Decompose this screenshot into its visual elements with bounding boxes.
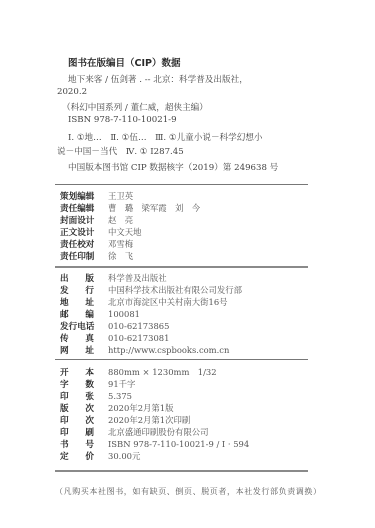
value: 010-62173081 — [108, 333, 169, 343]
label: 封面设计 — [60, 214, 108, 226]
divider-4 — [55, 470, 308, 472]
label: 责任编辑 — [60, 202, 108, 214]
value: 5.375 — [108, 391, 132, 401]
label: 定价 — [60, 450, 94, 462]
label: 出版 — [60, 272, 94, 284]
value: 30.00元 — [108, 450, 140, 462]
label: 传真 — [60, 332, 94, 344]
label: 发行 — [60, 284, 94, 296]
spec-row: 版次 2020年2月第1版 — [60, 402, 173, 414]
cip-record-number: 中国版本图书馆 CIP 数据核字（2019）第 249638 号 — [68, 161, 278, 173]
value: 曹 璐 梁军霞 刘 今 — [108, 202, 200, 214]
publisher-row: 发行 中国科学技术出版社有限公司发行部 — [60, 284, 242, 296]
editorial-row: 责任校对 邓雪梅 — [60, 238, 133, 250]
label: 印次 — [60, 414, 94, 426]
label: 版次 — [60, 402, 94, 414]
label: 开本 — [60, 366, 94, 378]
website-value: http://www.cspbooks.com.cn — [108, 345, 229, 355]
replacement-notice: （凡购买本社图书，如有缺页、倒页、脱页者，本社发行部负责调换） — [55, 486, 322, 497]
value: ISBN 978-7-110-10021-9 / I · 594 — [108, 439, 249, 449]
publisher-row: 地址 北京市海淀区中关村南大街16号 — [60, 296, 228, 308]
value: 科学普及出版社 — [108, 272, 167, 284]
divider-3 — [55, 359, 308, 360]
cip-title: 图书在版编目（CIP）数据 — [68, 55, 180, 69]
label: 责任印制 — [60, 250, 108, 262]
spec-row: 印张 5.375 — [60, 390, 132, 402]
label: 印刷 — [60, 426, 94, 438]
spec-row: 开本 880mm × 1230mm 1/32 — [60, 366, 217, 378]
value: 880mm × 1230mm 1/32 — [108, 366, 217, 378]
label: 字数 — [60, 378, 94, 390]
label: 地址 — [60, 296, 94, 308]
cip-isbn: ISBN 978-7-110-10021-9 — [68, 115, 177, 125]
value: 王卫英 — [108, 190, 133, 202]
publisher-row: 网址 http://www.cspbooks.com.cn — [60, 344, 229, 356]
value: 赵 亮 — [108, 214, 133, 226]
cip-classification-1: Ⅰ. ①地… Ⅱ. ①伍… Ⅲ. ①儿童小说－科学幻想小 — [68, 131, 263, 143]
copyright-page: 图书在版编目（CIP）数据 地下来客 / 伍剑著 . -- 北京：科学普及出版社… — [0, 0, 375, 528]
label: 书号 — [60, 438, 94, 450]
value: 2020年2月第1版 — [108, 402, 173, 414]
value: 北京市海淀区中关村南大街16号 — [108, 296, 228, 308]
value: 100081 — [108, 309, 140, 319]
editorial-row: 责任印制 徐 飞 — [60, 250, 133, 262]
value: 中国科学技术出版社有限公司发行部 — [108, 284, 242, 296]
value: 91千字 — [108, 378, 135, 390]
value: 2020年2月第1次印刷 — [108, 414, 190, 426]
spec-row: 定价 30.00元 — [60, 450, 140, 462]
spec-row: 字数 91千字 — [60, 378, 135, 390]
publisher-row: 传真 010-62173081 — [60, 332, 169, 344]
divider-1 — [55, 184, 308, 185]
spec-row: 印次 2020年2月第1次印刷 — [60, 414, 190, 426]
label: 印张 — [60, 390, 94, 402]
editorial-row: 策划编辑 王卫英 — [60, 190, 133, 202]
publisher-row: 出版 科学普及出版社 — [60, 272, 167, 284]
value: 徐 飞 — [108, 250, 133, 262]
label: 网址 — [60, 344, 94, 356]
cip-line-3: （科幻中国系列 / 董仁威，超侠主编） — [62, 101, 208, 113]
value: 010-62173865 — [108, 321, 169, 331]
spec-row: 书号 ISBN 978-7-110-10021-9 / I · 594 — [60, 438, 249, 450]
cip-classification-2: 说－中国－当代 Ⅳ. ① I287.45 — [57, 145, 184, 157]
label: 责任校对 — [60, 238, 108, 250]
label: 邮编 — [60, 308, 94, 320]
cip-line-2: 2020.2 — [57, 87, 87, 97]
cip-line-1: 地下来客 / 伍剑著 . -- 北京：科学普及出版社， — [68, 73, 248, 85]
divider-2 — [55, 266, 308, 268]
value: 中文天地 — [108, 226, 142, 238]
editorial-row: 正文设计 中文天地 — [60, 226, 142, 238]
publisher-row: 发行电话 010-62173865 — [60, 320, 169, 332]
label: 正文设计 — [60, 226, 108, 238]
editorial-row: 责任编辑 曹 璐 梁军霞 刘 今 — [60, 202, 200, 214]
editorial-row: 封面设计 赵 亮 — [60, 214, 133, 226]
publisher-row: 邮编 100081 — [60, 308, 140, 320]
label: 发行电话 — [60, 320, 108, 332]
label: 策划编辑 — [60, 190, 108, 202]
spec-row: 印刷 北京盛通印刷股份有限公司 — [60, 426, 209, 438]
value: 北京盛通印刷股份有限公司 — [108, 426, 209, 438]
value: 邓雪梅 — [108, 238, 133, 250]
